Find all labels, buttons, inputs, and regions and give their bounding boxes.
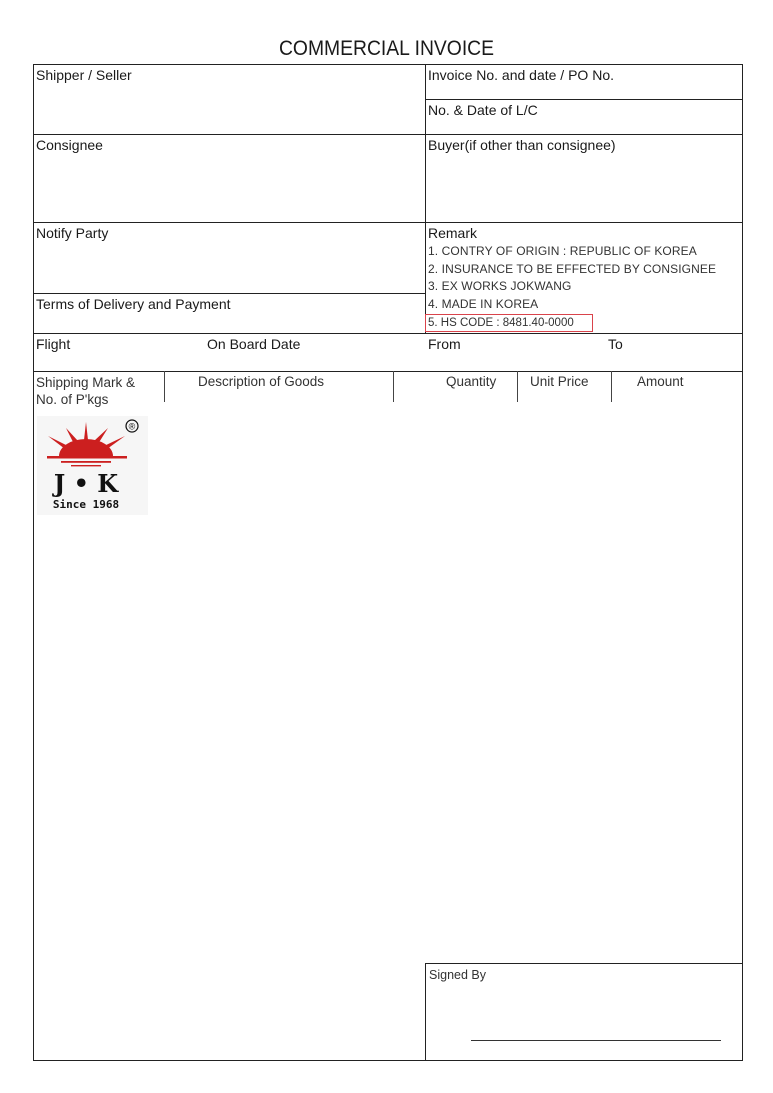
col-quantity: Quantity (446, 374, 496, 389)
divider-consignee (33, 134, 743, 135)
goods-col-divider-1 (164, 371, 165, 402)
lc-no-label[interactable]: No. & Date of L/C (428, 102, 538, 118)
divider-invoice (425, 99, 743, 100)
signed-by-top-border (425, 963, 743, 964)
document-title: COMMERCIAL INVOICE (31, 37, 742, 61)
brand-text: J • K (52, 469, 119, 498)
buyer-label[interactable]: Buyer(if other than consignee) (428, 137, 616, 153)
center-divider (425, 64, 426, 334)
goods-col-divider-3 (517, 371, 518, 402)
flight-label[interactable]: Flight (36, 336, 70, 352)
signature-line[interactable] (471, 1040, 721, 1041)
remark-list: 1. CONTRY OF ORIGIN : REPUBLIC OF KOREA … (428, 243, 716, 313)
registered-mark: ® (129, 422, 136, 432)
col-shipping-mark-line1: Shipping Mark & (36, 374, 135, 391)
signed-by-left-border (425, 963, 426, 1061)
from-label[interactable]: From (428, 336, 461, 352)
to-label[interactable]: To (608, 336, 623, 352)
signed-by-label: Signed By (429, 967, 486, 983)
remark-item: 2. INSURANCE TO BE EFFECTED BY CONSIGNEE (428, 261, 716, 279)
col-shipping-mark-line2: No. of P'kgs (36, 391, 135, 408)
company-logo: ® J • K Since 1968 (37, 416, 148, 515)
invoice-no-label[interactable]: Invoice No. and date / PO No. (428, 67, 614, 83)
col-amount: Amount (637, 374, 684, 389)
goods-col-divider-2 (393, 371, 394, 402)
col-unit-price: Unit Price (530, 374, 589, 389)
divider-terms (33, 293, 425, 294)
col-description: Description of Goods (198, 374, 324, 389)
remark-item: 3. EX WORKS JOKWANG (428, 278, 716, 296)
frame-right-border (742, 64, 743, 1061)
remark-item: 4. MADE IN KOREA (428, 296, 716, 314)
remark-label: Remark (428, 225, 477, 241)
divider-notify (33, 222, 743, 223)
remark-item: 1. CONTRY OF ORIGIN : REPUBLIC OF KOREA (428, 243, 716, 261)
since-text: Since 1968 (53, 498, 119, 511)
divider-flight (33, 333, 743, 334)
consignee-label[interactable]: Consignee (36, 137, 103, 153)
col-shipping-mark: Shipping Mark & No. of P'kgs (36, 374, 135, 408)
divider-goods-header (33, 371, 743, 372)
sunrise-logo-icon: ® J • K Since 1968 (37, 416, 148, 515)
notify-party-label[interactable]: Notify Party (36, 225, 108, 241)
frame-left-border (33, 64, 34, 1061)
on-board-date-label[interactable]: On Board Date (207, 336, 300, 352)
frame-top-border (33, 64, 743, 65)
goods-col-divider-4 (611, 371, 612, 402)
hs-code-text: 5. HS CODE : 8481.40-0000 (428, 317, 574, 329)
terms-label[interactable]: Terms of Delivery and Payment (36, 296, 231, 312)
shipper-label[interactable]: Shipper / Seller (36, 67, 132, 83)
frame-bottom-border (33, 1060, 743, 1061)
